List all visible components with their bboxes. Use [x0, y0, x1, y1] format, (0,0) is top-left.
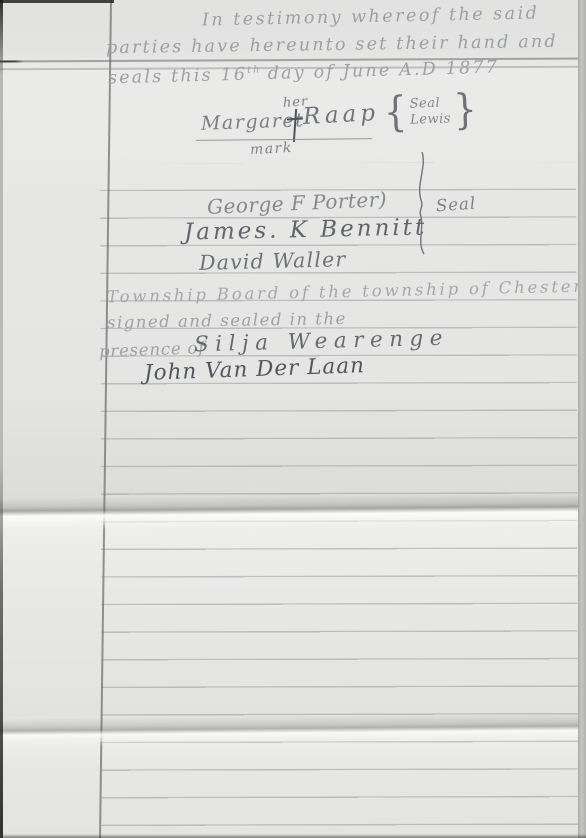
attestation-line-3: presence of: [99, 339, 206, 361]
date-ordinal: th: [247, 64, 262, 75]
seal-word-2: Lewis: [410, 111, 451, 128]
seal-label-middle: Seal: [435, 195, 476, 216]
mark-label-mark: mark: [250, 141, 294, 159]
seal-annotation-top: { Seal Lewis }: [383, 92, 477, 131]
seal-word-1: Seal: [409, 95, 450, 112]
signature-flourish: ): [378, 187, 387, 211]
date-line-suffix: day of June A.D 1877: [267, 58, 499, 84]
mark-signature-last-name: Raap: [302, 101, 379, 130]
paper-sheet: In testimony whereof the said parties ha…: [0, 0, 580, 838]
scan-background-right: [578, 0, 586, 838]
scan-edge-left: [0, 0, 3, 838]
scan-edge-top: [0, 0, 114, 3]
opening-line-2: parties have hereunto set their hand and: [106, 33, 558, 59]
fold-crease-bottom: [0, 713, 586, 746]
date-line-prefix: seals this 16: [108, 65, 248, 89]
right-brace: }: [453, 90, 477, 132]
fold-crease-middle: [0, 494, 586, 531]
scanned-document-page: In testimony whereof the said parties ha…: [0, 0, 586, 838]
seal-words: Seal Lewis: [409, 95, 451, 128]
signature-david-waller: David Waller: [199, 248, 347, 274]
scan-edge-bottom: [0, 834, 586, 838]
opening-line-1: In testimony whereof the said: [202, 4, 540, 30]
plus-cross-mark-icon: [287, 109, 303, 142]
opening-line-3: seals this 16thday of June A.D 1877: [108, 59, 500, 89]
signature-james-k-bennitt: James. K Bennitt: [184, 215, 428, 245]
left-brace: {: [383, 92, 407, 134]
